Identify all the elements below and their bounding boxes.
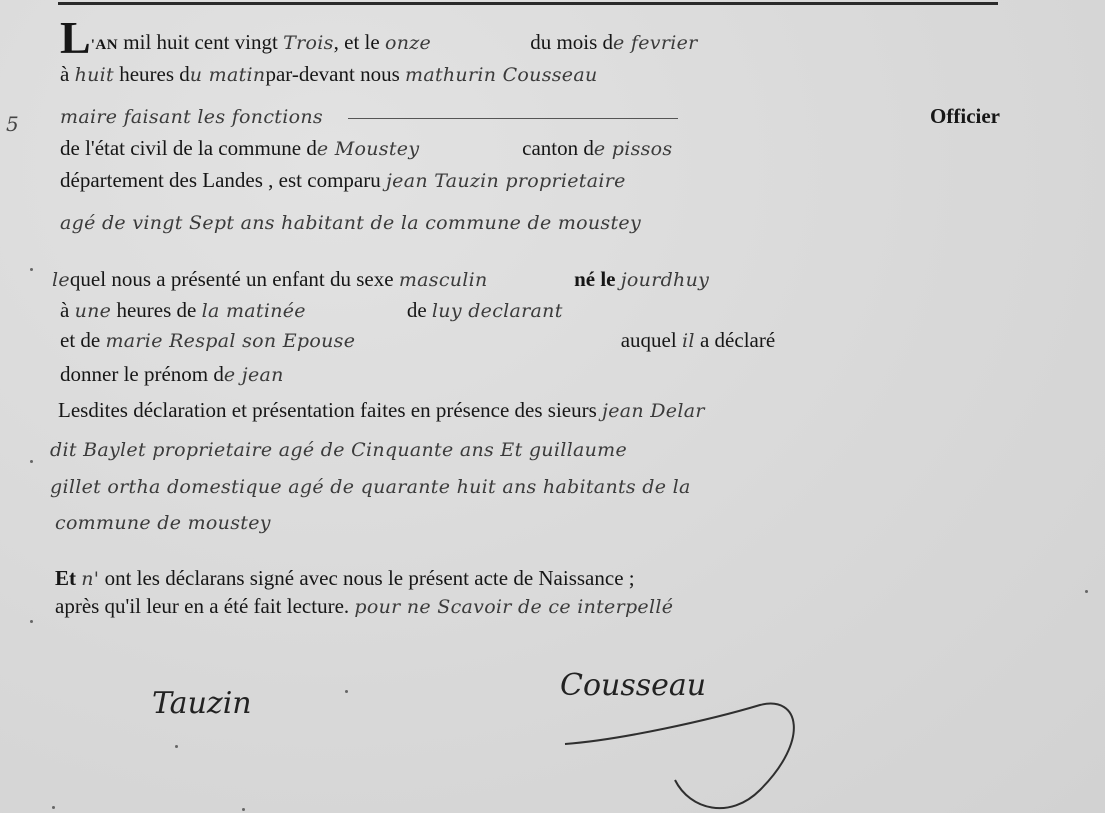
line-3: maire faisant les fonctions Officier: [60, 104, 1000, 129]
handwritten-month: e fevrier: [613, 32, 697, 54]
handwritten-canton: e pissos: [594, 138, 673, 160]
line-12: dit Baylet proprietaire agé de Cinquante…: [50, 437, 627, 462]
handwritten-witness-1: jean Delar: [602, 400, 705, 422]
handwritten-day: onze: [385, 31, 525, 55]
line-11: Lesdites déclaration et présentation fai…: [58, 398, 705, 423]
line-7: lequel nous a présenté un enfant du sexe…: [52, 267, 709, 292]
margin-note: 5: [6, 112, 19, 136]
handwritten-hour: huit: [75, 64, 114, 86]
handwritten-unable-to-sign-note: pour ne Scavoir de ce interpellé: [354, 596, 673, 618]
line-15: Et n' ont les déclarans signé avec nous …: [55, 566, 635, 591]
line-14: commune de moustey: [55, 510, 271, 535]
line-9: et de marie Respal son Epouse auquel il …: [60, 328, 775, 353]
handwritten-birth-time: la matinée: [202, 299, 402, 323]
line-13: gillet ortha domestique agé de quarante …: [50, 474, 691, 499]
signature-maire: Cousseau: [560, 668, 706, 703]
line-6: agé de vingt Sept ans habitant de la com…: [60, 210, 641, 235]
line-8: à une heures de la matinée de luy declar…: [60, 298, 563, 323]
handwritten-witnesses: dit Baylet proprietaire agé de Cinquante…: [50, 439, 627, 461]
line-1: L'AN mil huit cent vingt Trois, et le on…: [60, 18, 698, 58]
handwritten-year: Trois: [283, 32, 334, 54]
handwritten-sex: masculin: [399, 268, 569, 292]
dropcap-letter: L: [60, 12, 91, 63]
handwritten-father: luy declarant: [432, 300, 563, 322]
line-2: à huit heures du matinpar-devant nous ma…: [60, 62, 598, 87]
handwritten-birth-day: jourdhuy: [621, 269, 709, 291]
handwritten-officer-name: mathurin Cousseau: [405, 64, 598, 86]
signature-declarant: Tauzin: [152, 686, 252, 721]
handwritten-officer-role: maire faisant les fonctions: [60, 106, 323, 128]
handwritten-declarant: jean Tauzin proprietaire: [386, 170, 626, 192]
handwritten-commune: e Moustey: [317, 137, 517, 161]
line-4: de l'état civil de la commune de Moustey…: [60, 136, 672, 161]
scanned-certificate-page: 5 L'AN mil huit cent vingt Trois, et le …: [0, 0, 1105, 813]
line-10: donner le prénom de jean: [60, 362, 284, 387]
top-rule: [58, 2, 998, 5]
signature-flourish: [560, 700, 820, 810]
handwritten-given-name: e jean: [224, 364, 284, 386]
handwritten-mother: marie Respal son Epouse: [105, 329, 615, 353]
line-16: après qu'il leur en a été fait lecture. …: [55, 594, 673, 619]
handwritten-declarant-details: agé de vingt Sept ans habitant de la com…: [60, 212, 641, 234]
line-5: département des Landes , est comparu jea…: [60, 168, 626, 193]
